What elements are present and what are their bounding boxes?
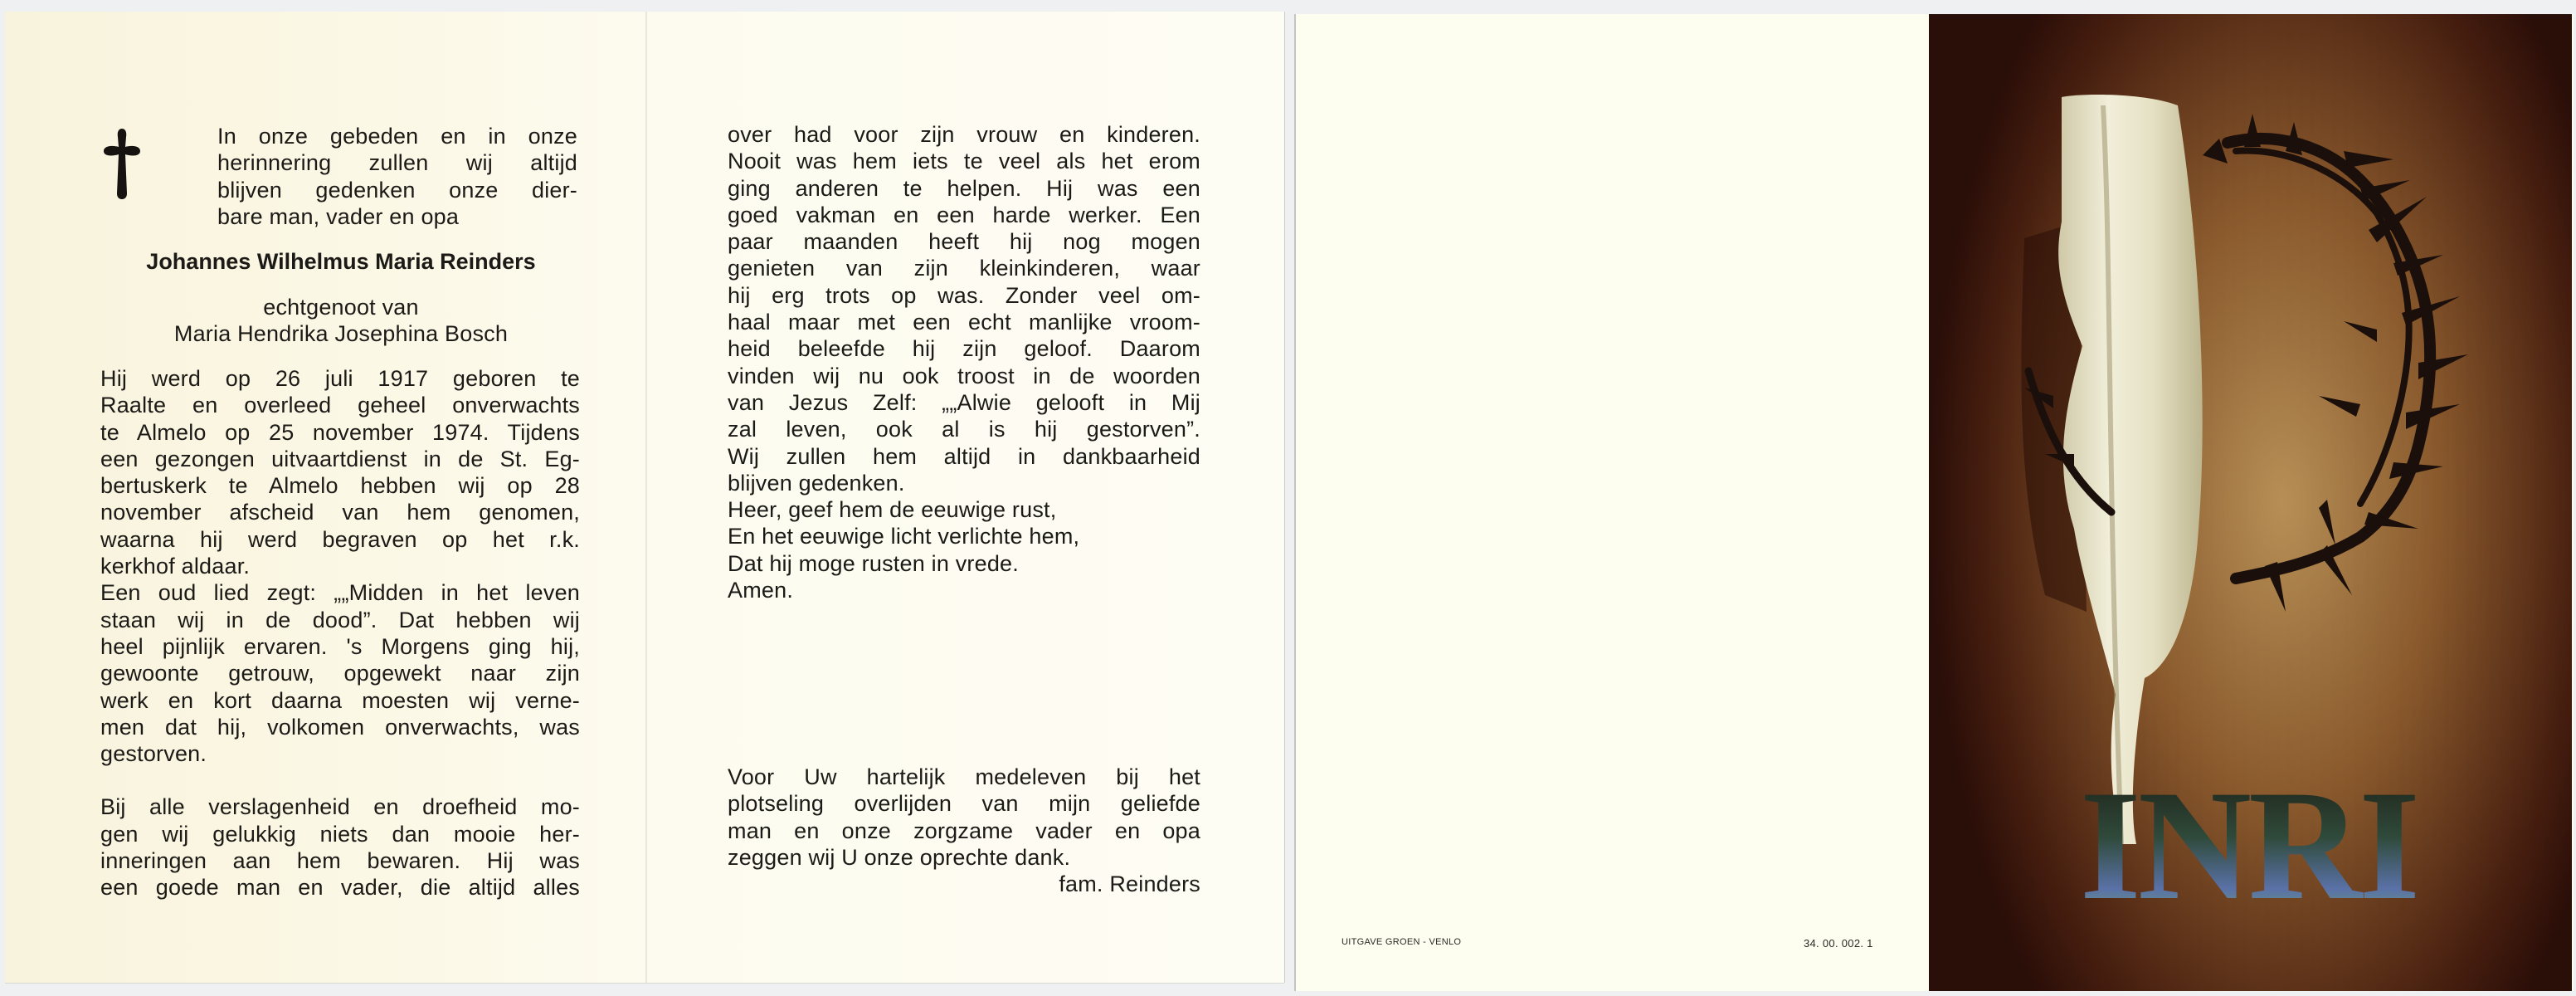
prayer-line: Heer, geef hem de eeuwige rust, [728,496,1200,523]
bio-line: vinden wij nu ook troost in de woorden [728,363,1200,389]
bio-line: haal maar met een echt manlijke vroom- [728,309,1200,335]
bio-line: heel pijnlijk ervaren. 's Morgens ging h… [100,633,580,660]
bio-line: blijven gedenken. [728,470,1200,496]
biography: Hij werd op 26 juli 1917 geboren te Raal… [100,365,580,901]
thanks-line: man en onze zorgzame vader en opa [728,818,1200,844]
intro-line: In onze gebeden en in onze [217,123,577,149]
prayer-line: Dat hij moge rusten in vrede. [728,550,1200,577]
intro-line: herinnering zullen wij altijd [217,149,577,176]
bio-line: te Almelo op 25 november 1974. Tijdens [100,419,580,446]
intro-line: bare man, vader en opa [217,203,577,230]
bio-line: werk en kort daarna moesten wij verne- [100,687,580,714]
bio-line: kerkhof aldaar. [100,553,580,579]
bio-line: een goede man en vader, die altijd alles [100,874,580,901]
bio-line: genieten van zijn kleinkinderen, waar [728,255,1200,281]
bio-line: van Jezus Zelf: „„Alwie gelooft in Mij [728,389,1200,416]
bio-line: waarna hij werd begraven op het r.k. [100,526,580,553]
bio-line: Bij alle verslagenheid en droefheid mo- [100,793,580,820]
thanks-message: Voor Uw hartelijk medeleven bij het plot… [728,764,1200,897]
prayer-line: Amen. [728,577,1200,603]
deceased-name: Johannes Wilhelmus Maria Reinders [100,249,582,275]
bio-line: heid beleefde hij zijn geloof. Daarom [728,335,1200,362]
crown-of-thorns-illustration: INRI [1929,14,2572,991]
bio-line: Een oud lied zegt: „„Midden in het leven [100,579,580,606]
bio-line: gewoonte getrouw, opgewekt naar zijn [100,660,580,686]
bio-line: een gezongen uitvaartdienst in de St. Eg… [100,446,580,472]
bio-line: inneringen aan hem bewaren. Hij was [100,847,580,874]
publisher-label: UITGAVE GROEN - VENLO [1342,937,1461,947]
bio-line: staan wij in de dood”. Dat hebben wij [100,607,580,633]
biography-continued: over had voor zijn vrouw en kinderen. No… [728,121,1200,603]
thanks-line: Voor Uw hartelijk medeleven bij het [728,764,1200,790]
bio-line: gen wij gelukkig niets dan mooie her- [100,821,580,847]
bio-line: Hij werd op 26 juli 1917 geboren te [100,365,580,392]
intro-text: In onze gebeden en in onze herinnering z… [217,123,577,230]
bio-line: bertuskerk te Almelo hebben wij op 28 [100,472,580,499]
spouse-label: echtgenoot van [100,294,582,320]
prayer-line: En het eeuwige licht verlichte hem, [728,523,1200,549]
bio-line: hij erg trots op was. Zonder veel om- [728,282,1200,309]
cloth-shape [2058,95,2203,844]
memorial-card-inside: In onze gebeden en in onze herinnering z… [5,12,1284,983]
cross-icon [102,127,142,200]
thanks-line: zeggen wij U onze oprechte dank. [728,844,1200,871]
bio-line: over had voor zijn vrouw en kinderen. [728,121,1200,148]
reference-number: 34. 00. 002. 1 [1804,937,1873,950]
bio-line: Raalte en overleed geheel onverwachts [100,392,580,418]
cover-picture: INRI [1929,14,2572,991]
bio-line: ging anderen te helpen. Hij was een [728,175,1200,202]
memorial-card-outside: UITGAVE GROEN - VENLO 34. 00. 002. 1 [1296,14,2574,991]
spouse-block: echtgenoot van Maria Hendrika Josephina … [100,294,582,348]
bio-line: gestorven. [100,740,580,767]
inri-inscription: INRI [2080,759,2417,933]
bio-line: november afscheid van hem genomen, [100,499,580,525]
fold-line [645,12,647,983]
bio-line: Wij zullen hem altijd in dankbaarheid [728,443,1200,470]
thanks-line: plotseling overlijden van mijn geliefde [728,790,1200,817]
bio-line: Nooit was hem iets te veel als het erom [728,148,1200,174]
bio-line: paar maanden heeft hij nog mogen [728,228,1200,255]
signature: fam. Reinders [728,871,1200,897]
bio-line: zal leven, ook al is hij gestorven”. [728,416,1200,442]
bio-line: men dat hij, volkomen onverwachts, was [100,714,580,740]
bio-line: goed vakman en een harde werker. Een [728,202,1200,228]
intro-line: blijven gedenken onze dier- [217,177,577,203]
spouse-name: Maria Hendrika Josephina Bosch [100,320,582,347]
